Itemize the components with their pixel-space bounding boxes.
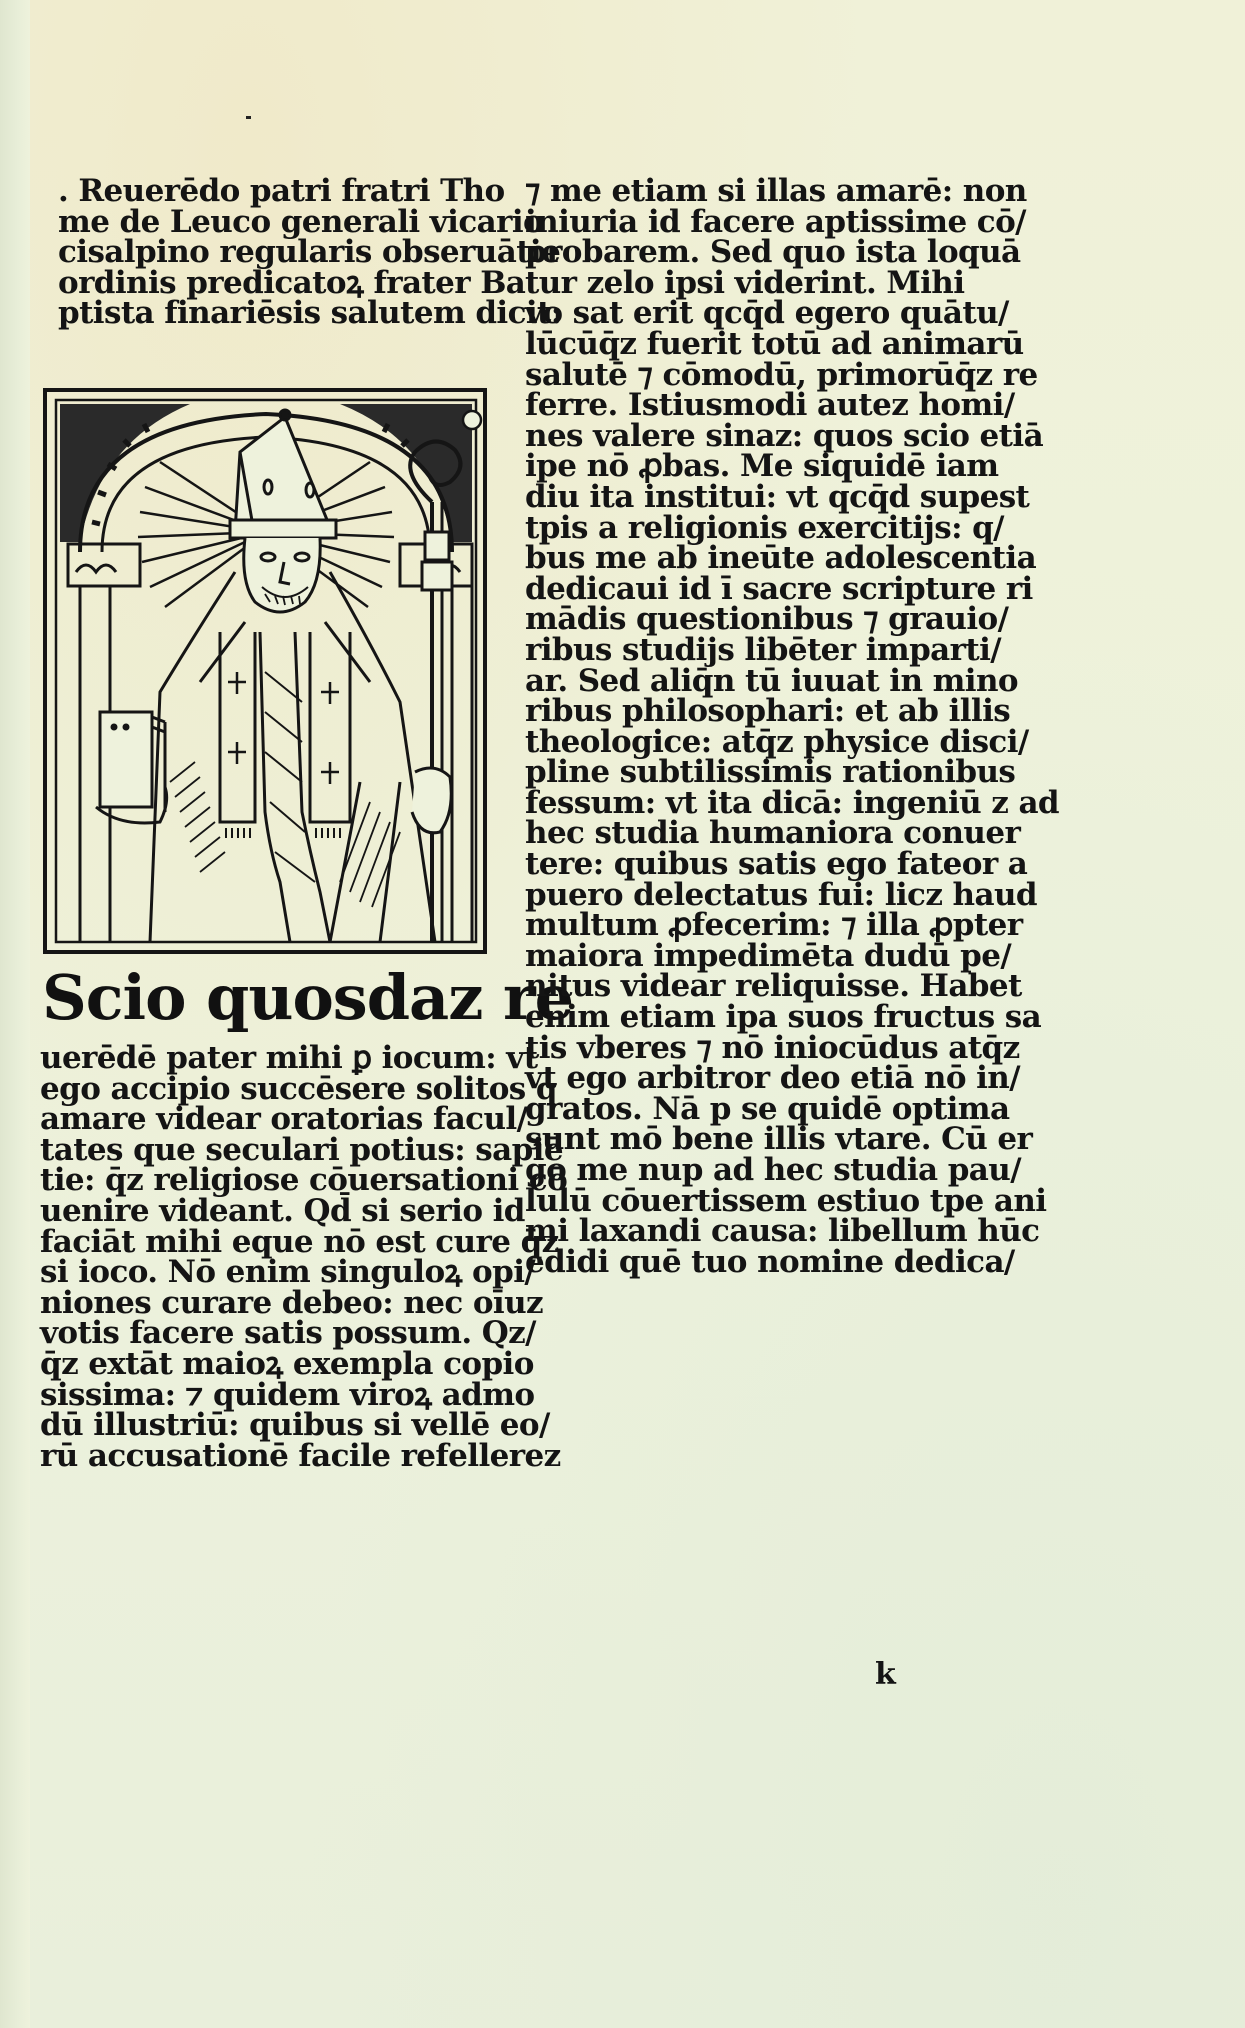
text-line: tates que seculari potius: sapiē [40, 1135, 500, 1166]
ink-speck [246, 116, 251, 119]
dedication-heading: . Reuerēdo patri fratri Tho me de Leuco … [58, 176, 498, 329]
signature-mark: k [875, 1657, 896, 1692]
text-line: edidi quē tuo nomine dedica/ [525, 1247, 1000, 1278]
text-line: lulū cōuertissem estiuo tpe ani [525, 1186, 1000, 1217]
incipit-line: Scio quosdaz re [42, 963, 502, 1033]
text-line: probarem. Sed quo ista loquā [525, 237, 1000, 268]
text-line: bus me ab ineūte adolescentia [525, 543, 1000, 574]
text-line: ribus philosophari: et ab illis [525, 696, 1000, 727]
text-line: niones curare debeo: nec oīuz [40, 1288, 500, 1319]
text-line: sunt mō bene illis vtare. Cū er [525, 1124, 1000, 1155]
text-line: si ioco. Nō enim singuloꝝ opi/ [40, 1257, 500, 1288]
text-line: nes valere sinaz: quos scio etiā [525, 421, 1000, 452]
text-line: uerēdē pater mihi ꝑ iocum: vt [40, 1043, 500, 1074]
text-line: amare videar oratorias facul/ [40, 1104, 500, 1135]
text-line: me de Leuco generali vicario [58, 207, 498, 238]
text-line: enim etiam ipa suos fructus sa [525, 1002, 1000, 1033]
text-line: ipe nō ꝓbas. Me siquidē iam [525, 451, 1000, 482]
text-line: sissima: ⁊ quidem viroꝝ admo [40, 1380, 500, 1411]
text-line: tere: quibus satis ego fateor a [525, 849, 1000, 880]
text-line: vo sat erit qcq̄d egero quātu/ [525, 298, 1000, 329]
text-line: fessum: vt ita dicā: ingeniū z ad [525, 788, 1000, 819]
text-line: uenire videant. Qd̄ si serio id [40, 1196, 500, 1227]
text-line: faciāt mihi eque nō est cure q̄z [40, 1227, 500, 1258]
left-column-body: uerēdē pater mihi ꝑ iocum: vt ego accipi… [40, 1043, 500, 1471]
text-line: maiora impedimēta dudū pe/ [525, 941, 1000, 972]
bishop-woodcut-icon [40, 382, 496, 960]
text-line: ptista finariēsis salutem dicit: [58, 298, 498, 329]
text-line: iniuria id facere aptissime cō/ [525, 207, 1000, 238]
text-line: q̄z extāt maioꝝ exempla copio [40, 1349, 500, 1380]
text-line: hec studia humaniora conuer [525, 818, 1000, 849]
text-line: tpis a religionis exercitijs: q/ [525, 513, 1000, 544]
text-line: ordinis predicatoꝝ frater Ba [58, 268, 498, 299]
text-line: lūcūq̄z fuerit totū ad animarū [525, 329, 1000, 360]
text-line: . Reuerēdo patri fratri Tho [58, 176, 498, 207]
text-line: dedicaui id ī sacre scripture ri [525, 574, 1000, 605]
text-line: tur zelo ipsi viderint. Mihi [525, 268, 1000, 299]
text-line: gratos. Nā p se quidē optima [525, 1094, 1000, 1125]
right-column-body: ⁊ me etiam si illas amarē: non iniuria i… [525, 176, 1000, 1277]
text-line: vt ego arbitror deo etiā nō in/ [525, 1063, 1000, 1094]
text-line: ribus studijs libēter imparti/ [525, 635, 1000, 666]
text-line: mi laxandi causa: libellum hūc [525, 1216, 1000, 1247]
text-line: go me nup ad hec studia pau/ [525, 1155, 1000, 1186]
text-line: ferre. Istiusmodi autez homi/ [525, 390, 1000, 421]
text-line: ego accipio succēsere solitos q [40, 1074, 500, 1105]
text-line: rū accusationē facile refellerez [40, 1441, 500, 1472]
text-line: diu ita institui: vt qcq̄d supest [525, 482, 1000, 513]
text-line: ar. Sed aliq̄n tū iuuat in mino [525, 666, 1000, 697]
text-line: votis facere satis possum. Qz/ [40, 1318, 500, 1349]
text-line: dū illustriū: quibus si vellē eo/ [40, 1410, 500, 1441]
page-gutter [0, 0, 30, 2028]
text-line: mādis questionibus ⁊ grauio/ [525, 604, 1000, 635]
manuscript-page: . Reuerēdo patri fratri Tho me de Leuco … [0, 0, 1245, 2028]
text-line: ⁊ me etiam si illas amarē: non [525, 176, 1000, 207]
text-line: pline subtilissimis rationibus [525, 757, 1000, 788]
text-line: tie: q̄z religiose cōuersationi cō [40, 1165, 500, 1196]
bishop-woodcut-illustration [40, 382, 496, 960]
text-line: puero delectatus fui: licz haud [525, 880, 1000, 911]
text-line: tis vberes ⁊ nō iniocūdus atq̄z [525, 1033, 1000, 1064]
text-line: cisalpino regularis obseruātie [58, 237, 498, 268]
text-line: salutē ⁊ cōmodū, primorūq̄z re [525, 360, 1000, 391]
text-line: theologice: atq̄z physice disci/ [525, 727, 1000, 758]
text-line: multum ꝓfecerim: ⁊ illa ꝓpter [525, 910, 1000, 941]
text-line: nitus videar reliquisse. Habet [525, 971, 1000, 1002]
